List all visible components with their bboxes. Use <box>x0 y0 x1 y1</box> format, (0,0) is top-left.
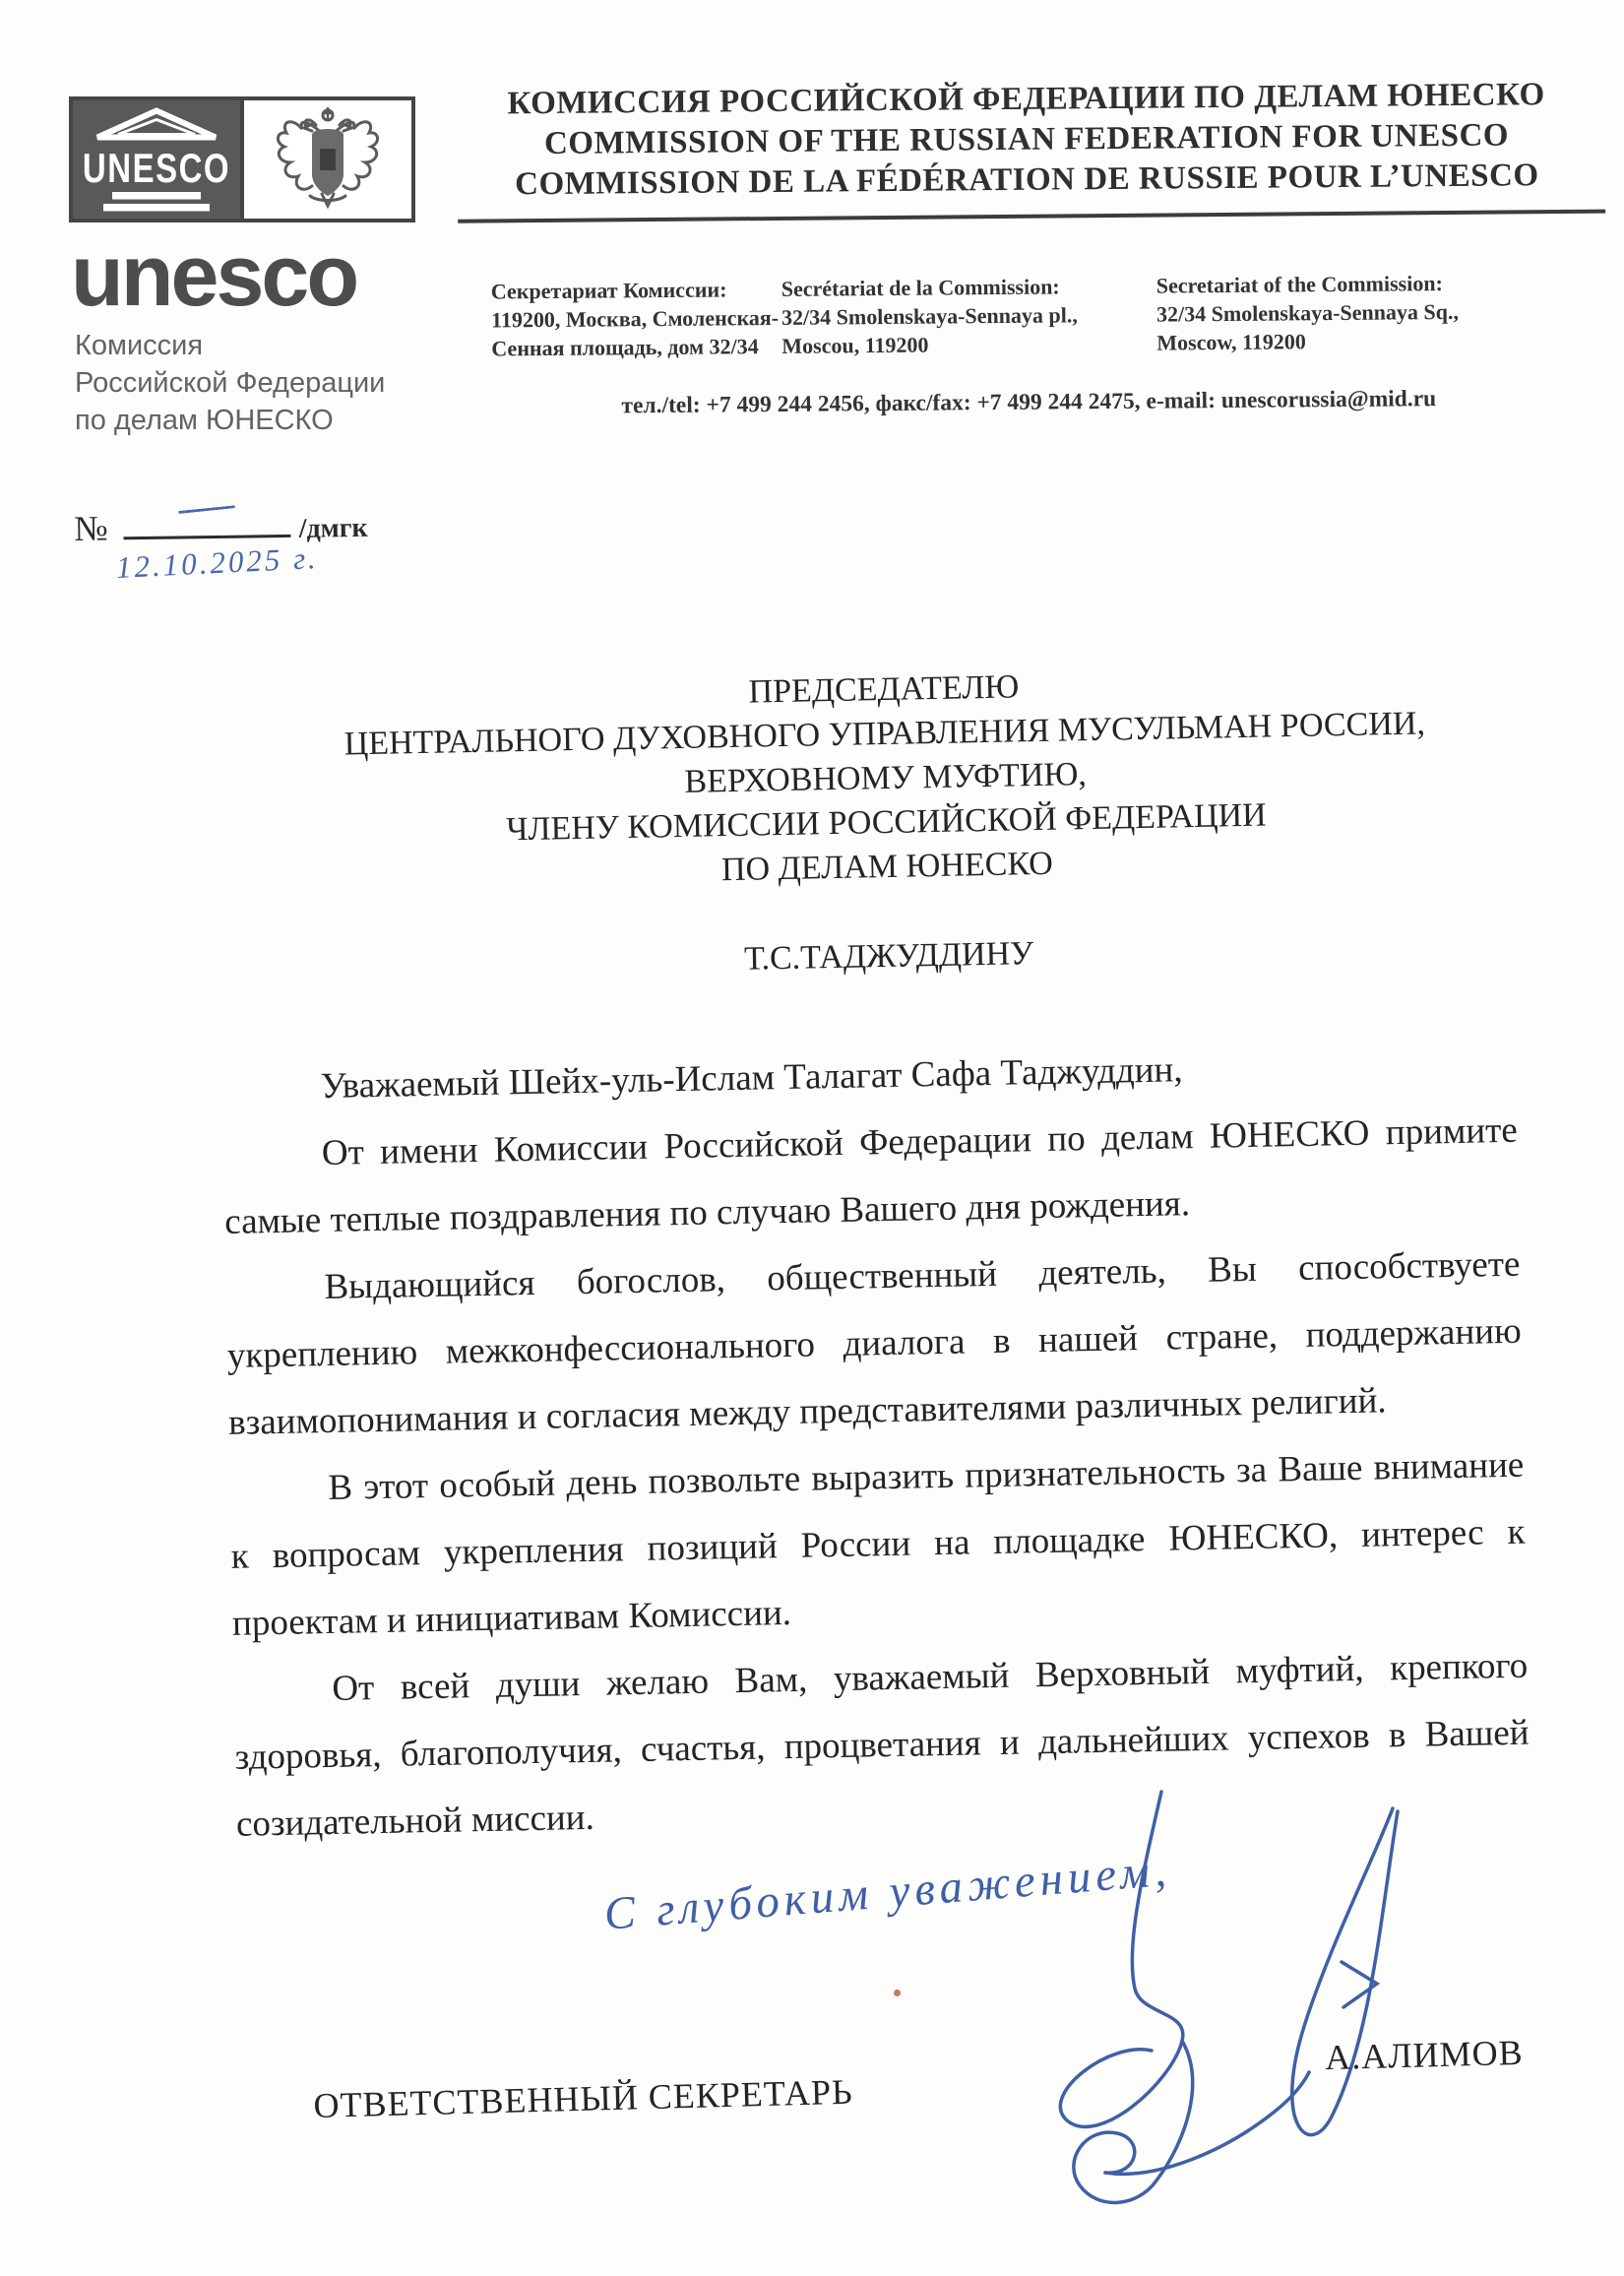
contact-column-ru: Секретариат Комиссии: 119200, Москва, См… <box>491 275 782 363</box>
contact-line: Moscow, 119200 <box>1156 325 1590 357</box>
logo-banner: UNESCO <box>69 96 415 222</box>
commission-titles: КОМИССИЯ РОССИЙСКОЙ ФЕДЕРАЦИИ ПО ДЕЛАМ Ю… <box>433 74 1620 206</box>
unesco-temple-icon: UNESCO <box>83 106 230 213</box>
contact-column-fr: Secrétariat de la Commission: 32/34 Smol… <box>781 272 1157 360</box>
signer-name: А.АЛИМОВ <box>1325 2032 1524 2078</box>
contact-column-en: Secretariat of the Commission: 32/34 Smo… <box>1156 268 1591 357</box>
recipient-block: ПРЕДСЕДАТЕЛЮ ЦЕНТРАЛЬНОГО ДУХОВНОГО УПРА… <box>246 656 1527 991</box>
body-paragraph: В этот особый день позвольте выразить пр… <box>229 1432 1528 1658</box>
addressee-name: Т.С.ТАДЖУДДИНУ <box>251 922 1527 991</box>
russia-coat-of-arms-icon <box>269 105 387 214</box>
svg-text:UNESCO: UNESCO <box>83 145 230 190</box>
signer-title: ОТВЕТСТВЕННЫЙ СЕКРЕТАРЬ <box>313 2071 853 2126</box>
letterhead-right: КОМИССИЯ РОССИЙСКОЙ ФЕДЕРАЦИИ ПО ДЕЛАМ Ю… <box>433 74 1622 421</box>
commission-name-line: Комиссия <box>75 327 385 364</box>
scanned-letter-page: UNESCO <box>0 0 1624 2276</box>
contact-title: Секретариат Комиссии: <box>491 275 781 306</box>
commission-name-line: Российской Федерации <box>75 364 385 402</box>
number-blank-line <box>123 501 291 539</box>
commission-name-line: по делам ЮНЕСКО <box>75 402 385 439</box>
unesco-wordmark: unesco <box>71 232 356 319</box>
handwritten-date: 12.10.2025 г. <box>115 540 319 586</box>
body-paragraph: Выдающийся богослов, общественный деятел… <box>225 1232 1524 1457</box>
reference-block: №/дмгк 12.10.2025 г. <box>74 496 626 549</box>
scan-speck <box>894 1990 901 1996</box>
contact-line: 32/34 Smolenskaya-Sennaya pl., <box>781 300 1156 332</box>
number-sign: № <box>74 508 108 549</box>
handwritten-dash <box>178 505 235 514</box>
unesco-plate: UNESCO <box>73 100 244 219</box>
contact-title: Secrétariat de la Commission: <box>781 272 1156 303</box>
contact-line: Сенная площадь, дом 32/34 <box>491 332 781 363</box>
contacts-block: Секретариат Комиссии: 119200, Москва, См… <box>435 267 1622 363</box>
commission-name-block: Комиссия Российской Федерации по делам Ю… <box>75 327 385 439</box>
contact-line: Moscou, 119200 <box>781 329 1156 360</box>
signature-flourish-icon <box>979 1787 1432 2230</box>
header-divider <box>458 210 1605 223</box>
phone-fax-email-line: тел./tel: +7 499 244 2456, факс/fax: +7 … <box>436 384 1622 421</box>
letter-body: Уважаемый Шейх-уль-Ислам Талагат Сафа Та… <box>221 1031 1530 1859</box>
russia-emblem-plate <box>244 100 411 219</box>
contact-title: Secretariat of the Commission: <box>1156 268 1590 300</box>
body-paragraph: От имени Комиссии Российской Федерации п… <box>222 1098 1519 1256</box>
contact-line: 32/34 Smolenskaya-Sennaya Sq., <box>1156 296 1590 329</box>
contact-line: 119200, Москва, Смоленская- <box>491 303 781 335</box>
